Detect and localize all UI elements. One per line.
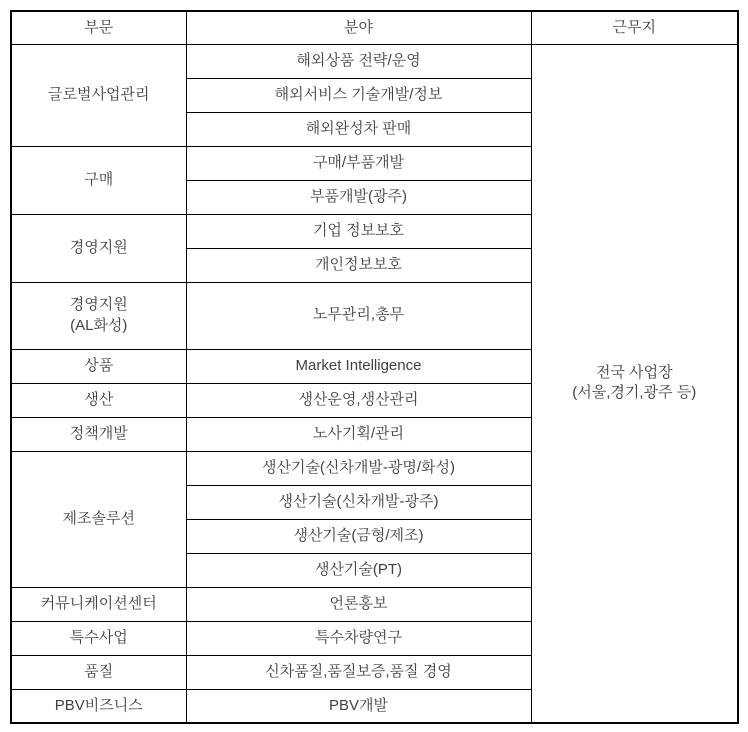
field-cell: 노사기획/관리 [186,417,531,451]
division-cell: 특수사업 [11,621,186,655]
header-worklocation: 근무지 [531,11,738,44]
header-division: 부문 [11,11,186,44]
division-cell: 생산 [11,383,186,417]
division-cell: 구매 [11,146,186,214]
division-cell: 커뮤니케이션센터 [11,587,186,621]
division-cell: 품질 [11,655,186,689]
division-label: 상품 [84,357,113,374]
division-label: 글로벌사업관리 [48,86,149,103]
field-cell: 해외상품 전략/운영 [186,44,531,78]
division-cell: 경영지원(AL화성) [11,282,186,349]
field-cell: 기업 정보보호 [186,214,531,248]
table-body: 글로벌사업관리해외상품 전략/운영전국 사업장(서울,경기,광주 등)해외서비스… [11,44,738,723]
field-cell: Market Intelligence [186,349,531,383]
field-cell: 생산기술(신차개발-광주) [186,485,531,519]
division-cell: 정책개발 [11,417,186,451]
division-label: 품질 [84,663,113,680]
worklocation-cell: 전국 사업장(서울,경기,광주 등) [531,44,738,723]
field-cell: 개인정보보호 [186,248,531,282]
recruitment-table: 부문 분야 근무지 글로벌사업관리해외상품 전략/운영전국 사업장(서울,경기,… [10,10,739,724]
field-cell: 생산기술(신차개발-광명/화성) [186,451,531,485]
division-label: PBV비즈니스 [55,697,143,714]
page: 부문 분야 근무지 글로벌사업관리해외상품 전략/운영전국 사업장(서울,경기,… [0,0,748,732]
field-cell: 생산운영,생산관리 [186,383,531,417]
division-cell: 경영지원 [11,214,186,282]
division-label: 커뮤니케이션센터 [41,595,157,612]
field-cell: 특수차량연구 [186,621,531,655]
division-cell: 글로벌사업관리 [11,44,186,146]
field-cell: 신차품질,품질보증,품질 경영 [186,655,531,689]
worklocation-line2: (서울,경기,광주 등) [536,383,734,403]
header-row: 부문 분야 근무지 [11,11,738,44]
division-label: 구매 [84,171,113,188]
field-cell: 생산기술(금형/제조) [186,519,531,553]
division-label: 제조솔루션 [63,510,135,527]
field-cell: 생산기술(PT) [186,553,531,587]
division-label: 특수사업 [70,629,128,646]
division-label: 생산 [84,391,113,408]
field-cell: PBV개발 [186,689,531,723]
field-cell: 구매/부품개발 [186,146,531,180]
division-label: 경영지원 [70,239,128,256]
worklocation-line1: 전국 사업장 [536,363,734,383]
field-cell: 언론홍보 [186,587,531,621]
header-field: 분야 [186,11,531,44]
field-cell: 해외완성차 판매 [186,112,531,146]
field-cell: 부품개발(광주) [186,180,531,214]
division-cell: 제조솔루션 [11,451,186,587]
division-cell: PBV비즈니스 [11,689,186,723]
field-cell: 노무관리,총무 [186,282,531,349]
division-label: 정책개발 [70,425,128,442]
table-header: 부문 분야 근무지 [11,11,738,44]
division-sublabel: (AL화성) [70,317,127,334]
division-cell: 상품 [11,349,186,383]
division-label: 경영지원 [70,296,128,313]
field-cell: 해외서비스 기술개발/정보 [186,78,531,112]
table-row: 글로벌사업관리해외상품 전략/운영전국 사업장(서울,경기,광주 등) [11,44,738,78]
